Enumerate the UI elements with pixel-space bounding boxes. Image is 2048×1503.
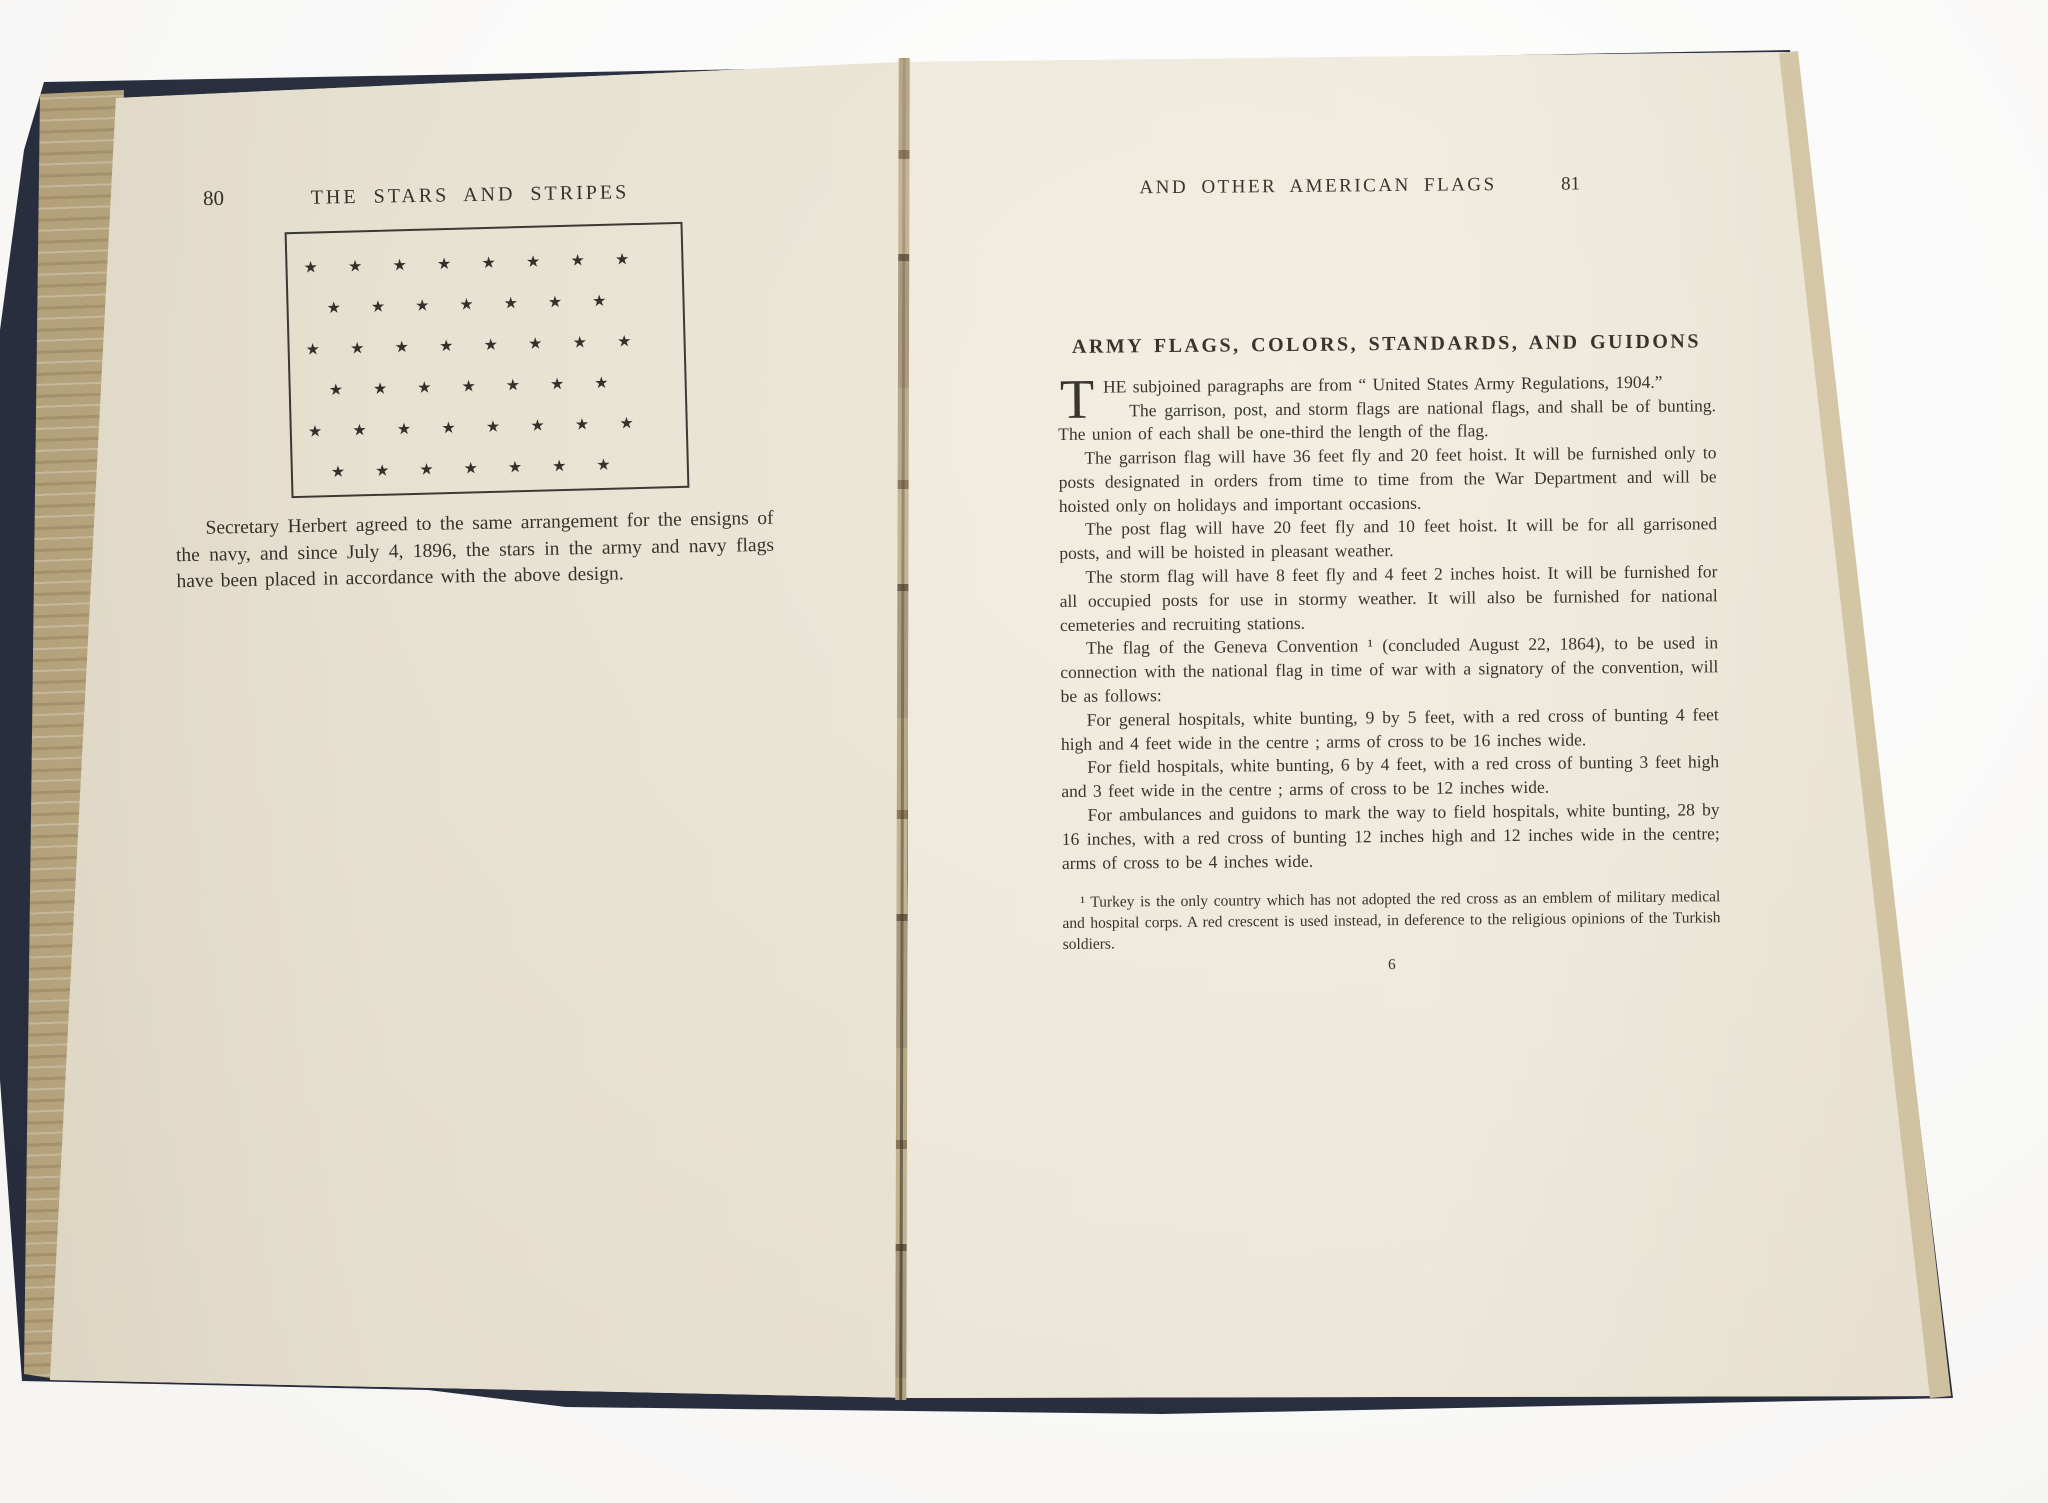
star-icon: ★	[463, 460, 478, 476]
paragraph: For general hospitals, white bunting, 9 …	[1061, 703, 1719, 756]
star-icon: ★	[375, 462, 390, 478]
paragraph: For field hospitals, white bunting, 6 by…	[1061, 751, 1719, 804]
star-icon: ★	[483, 336, 498, 352]
star-icon: ★	[441, 419, 456, 435]
star-icon: ★	[419, 461, 434, 477]
star-icon: ★	[575, 416, 590, 432]
right-running-head: AND OTHER AMERICAN FLAGS 81	[1056, 173, 1580, 200]
star-icon: ★	[619, 415, 634, 431]
star-icon: ★	[550, 375, 565, 391]
star-icon: ★	[371, 298, 386, 314]
body-paragraphs: The garrison, post, and storm flags are …	[1058, 394, 1720, 876]
star-icon: ★	[392, 257, 407, 273]
star-icon: ★	[326, 299, 341, 315]
star-icon: ★	[530, 417, 545, 433]
star-icon: ★	[486, 418, 501, 434]
star-icon: ★	[331, 463, 346, 479]
star-icon: ★	[596, 456, 611, 472]
star-icon: ★	[594, 374, 609, 390]
left-page-number: 80	[203, 186, 224, 211]
star-icon: ★	[303, 259, 318, 275]
star-icon: ★	[417, 379, 432, 395]
star-icon: ★	[552, 457, 567, 473]
star-icon: ★	[592, 292, 607, 308]
star-icon: ★	[439, 337, 454, 353]
star-icon: ★	[348, 258, 363, 274]
paragraph: The flag of the Geneva Convention ¹ (con…	[1060, 632, 1719, 709]
drop-cap: T	[1058, 375, 1104, 422]
star-icon: ★	[528, 335, 543, 351]
star-icon: ★	[503, 295, 518, 311]
star-icon: ★	[459, 296, 474, 312]
star-icon: ★	[350, 340, 365, 356]
star-icon: ★	[548, 294, 563, 310]
footnote: ¹ Turkey is the only country which has n…	[1062, 887, 1721, 956]
star-icon: ★	[508, 459, 523, 475]
star-icon: ★	[329, 381, 344, 397]
section-title: ARMY FLAGS, COLORS, STANDARDS, AND GUIDO…	[1057, 330, 1715, 359]
star-field-figure: ★★★★★★★★★★★★★★★★★★★★★★★★★★★★★★★★★★★★★★★★…	[285, 222, 690, 498]
star-icon: ★	[506, 377, 521, 393]
star-icon: ★	[437, 255, 452, 271]
left-page-paragraph: Secretary Herbert agreed to the same arr…	[175, 506, 774, 596]
right-page-number: 81	[1561, 173, 1580, 195]
star-icon: ★	[305, 341, 320, 357]
right-running-title: AND OTHER AMERICAN FLAGS	[1139, 174, 1496, 198]
right-page-column: AND OTHER AMERICAN FLAGS 81 ARMY FLAGS, …	[1056, 172, 1721, 977]
star-icon: ★	[570, 252, 585, 268]
book-photo: 80 THE STARS AND STRIPES ★★★★★★★★★★★★★★★…	[0, 0, 2048, 1503]
star-icon: ★	[481, 254, 496, 270]
star-icon: ★	[308, 423, 323, 439]
star-icon: ★	[373, 380, 388, 396]
paragraph: The post flag will have 20 feet fly and …	[1059, 513, 1717, 566]
star-icon: ★	[615, 251, 630, 267]
star-icon: ★	[352, 422, 367, 438]
star-icon: ★	[415, 297, 430, 313]
lead-text: HE subjoined paragraphs are from “ Unite…	[1103, 372, 1663, 397]
paragraph: The storm flag will have 8 feet fly and …	[1059, 560, 1718, 637]
paragraph: The garrison flag will have 36 feet fly …	[1058, 441, 1717, 518]
star-icon: ★	[572, 334, 587, 350]
paragraph: The garrison, post, and storm flags are …	[1058, 394, 1716, 447]
star-icon: ★	[394, 339, 409, 355]
star-icon: ★	[397, 421, 412, 437]
paragraph: For ambulances and guidons to mark the w…	[1061, 798, 1720, 875]
star-icon: ★	[617, 333, 632, 349]
star-icon: ★	[526, 253, 541, 269]
star-icon: ★	[461, 378, 476, 394]
